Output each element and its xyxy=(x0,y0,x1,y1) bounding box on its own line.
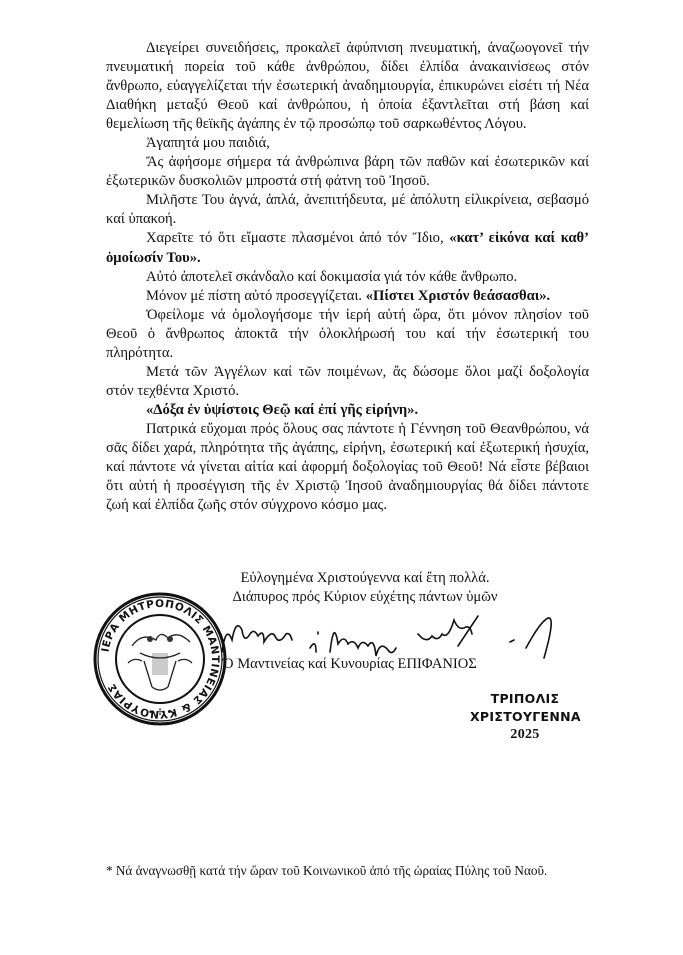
year: 2025 xyxy=(470,726,580,744)
paragraph-text: Πατρικά εὔχομαι πρός ὅλους σας πάντοτε ἡ… xyxy=(106,421,589,513)
paragraph: Διεγείρει συνειδήσεις, προκαλεῖ ἀφύπνιση… xyxy=(106,39,589,134)
paragraph: «Δόξα ἐν ὑψίστοις Θεῷ καί ἐπί γῆς εἰρήνη… xyxy=(106,401,589,420)
paragraph-text: Ἀγαπητά μου παιδιά, xyxy=(146,135,270,151)
paragraph: Πατρικά εὔχομαι πρός ὅλους σας πάντοτε ἡ… xyxy=(106,420,589,515)
christmas-greeting: Εὐλογημένα Χριστούγεννα καί ἔτη πολλά. xyxy=(210,569,520,588)
paragraph: Μόνον μέ πίστη αὐτό προσεγγίζεται. «Πίστ… xyxy=(106,287,589,306)
letter-page: Διεγείρει συνειδήσεις, προκαλεῖ ἀφύπνιση… xyxy=(0,0,683,955)
paragraph: Μιλῆστε Του ἁγνά, ἁπλά, ἀνεπιτήδευτα, μέ… xyxy=(106,191,589,229)
occasion: ΧΡΙΣΤΟΥΓΕΝΝΑ xyxy=(470,708,580,726)
paragraph: Αὐτό ἀποτελεῖ σκάνδαλο καί δοκιμασία γιά… xyxy=(106,268,589,287)
paragraph-text: Μιλῆστε Του ἁγνά, ἁπλά, ἀνεπιτήδευτα, μέ… xyxy=(106,192,589,227)
metropolis-seal-icon: ΙΕΡΑ ΜΗΤΡΟΠΟΛΙΣ ΜΑΝΤΙΝΕΙΑΣ & ΚΥΝΟΥΡΙΑΣ •… xyxy=(92,591,228,727)
signer-name: Ὁ Μαντινείας καί Κυνουρίας ΕΠΙΦΑΝΙΟΣ xyxy=(222,656,477,673)
closing-wish: Διάπυρος πρός Κύριον εὐχέτης πάντων ὑμῶν xyxy=(210,588,520,607)
paragraph-text: Διεγείρει συνειδήσεις, προκαλεῖ ἀφύπνιση… xyxy=(106,40,589,132)
svg-text:• ✢ •: • ✢ • xyxy=(148,708,172,718)
paragraph-text: Χαρεῖτε τό ὅτι εἴμαστε πλασμένοι ἀπό τόν… xyxy=(146,230,449,246)
place-date-block: ΤΡΙΠΟΛΙΣ ΧΡΙΣΤΟΥΓΕΝΝΑ 2025 xyxy=(470,690,580,744)
paragraph-text: Ἄς ἀφήσομε σήμερα τά ἀνθρώπινα βάρη τῶν … xyxy=(106,154,589,189)
letter-body: Διεγείρει συνειδήσεις, προκαλεῖ ἀφύπνιση… xyxy=(106,39,589,515)
paragraph-text: Ὀφείλομε νά ὁμολογήσομε τήν ἱερή αὐτή ὥρ… xyxy=(106,307,589,361)
paragraph-text: Αὐτό ἀποτελεῖ σκάνδαλο καί δοκιμασία γιά… xyxy=(146,269,517,285)
emphasized-quote: «Δόξα ἐν ὑψίστοις Θεῷ καί ἐπί γῆς εἰρήνη… xyxy=(146,402,418,418)
paragraph-text: Μόνον μέ πίστη αὐτό προσεγγίζεται. xyxy=(146,288,366,304)
place-name: ΤΡΙΠΟΛΙΣ xyxy=(470,690,580,708)
closing-block: Εὐλογημένα Χριστούγεννα καί ἔτη πολλά. Δ… xyxy=(210,569,520,607)
emphasized-quote: «Πίστει Χριστόν θεάσασθαι». xyxy=(366,288,551,304)
paragraph: Ὀφείλομε νά ὁμολογήσομε τήν ἱερή αὐτή ὥρ… xyxy=(106,306,589,363)
paragraph: Ἀγαπητά μου παιδιά, xyxy=(106,134,589,153)
footnote: * Νά ἀναγνωσθῇ κατά τήν ὥραν τοῦ Κοινωνι… xyxy=(106,862,589,879)
paragraph: Χαρεῖτε τό ὅτι εἴμαστε πλασμένοι ἀπό τόν… xyxy=(106,229,589,267)
handwritten-signature xyxy=(214,612,564,662)
paragraph-text: Μετά τῶν Ἀγγέλων καί τῶν ποιμένων, ἄς δώ… xyxy=(106,364,589,399)
paragraph: Ἄς ἀφήσομε σήμερα τά ἀνθρώπινα βάρη τῶν … xyxy=(106,153,589,191)
paragraph: Μετά τῶν Ἀγγέλων καί τῶν ποιμένων, ἄς δώ… xyxy=(106,363,589,401)
